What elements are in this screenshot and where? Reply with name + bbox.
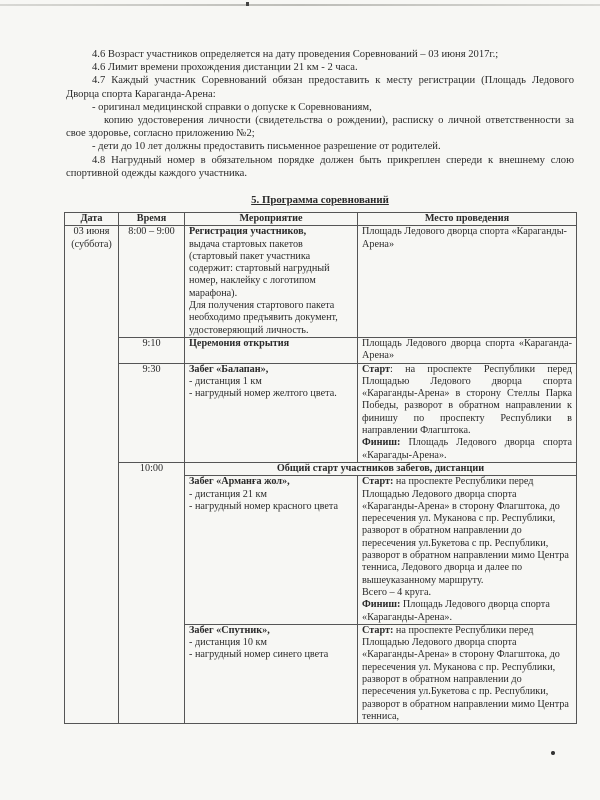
start-route: : на проспекте Республики перед Площадью… [362, 364, 572, 436]
event-cell: Забег «Спутник», - дистанция 10 км - наг… [185, 624, 358, 723]
time-cell: 8:00 – 9:00 [119, 226, 185, 338]
event-cell: Забег «Балапан», - дистанция 1 км - нагр… [185, 363, 358, 462]
event-cell: Забег «Арманға жол», - дистанция 21 км -… [185, 476, 358, 625]
place-cell: Площадь Ледового дворца спорта «Караганд… [358, 226, 577, 338]
paragraph-4-7-item-3: - дети до 10 лет должны предоставить пис… [66, 140, 574, 153]
date-day: 03 июня [69, 226, 114, 238]
table-row: 9:30 Забег «Балапан», - дистанция 1 км -… [65, 363, 577, 462]
event-title: Забег «Балапан», [189, 364, 353, 376]
time-cell: 10:00 [119, 462, 185, 723]
place-cell: Старт: на проспекте Республики перед Пло… [358, 624, 577, 723]
paragraph-4-7-item-2: копию удостоверения личности (свидетельс… [66, 114, 574, 140]
time-cell: 9:10 [119, 337, 185, 363]
paragraph-4-8: 4.8 Нагрудный номер в обязательном поряд… [66, 154, 574, 180]
time-cell: 9:30 [119, 363, 185, 462]
start-route: на проспекте Республики перед Площадью Л… [362, 476, 569, 585]
event-distance: - дистанция 10 км [189, 637, 353, 649]
table-row: 03 июня (суббота) 8:00 – 9:00 Регистраци… [65, 226, 577, 338]
header-date: Дата [65, 213, 119, 226]
event-cell: Регистрация участников, выдача стартовых… [185, 226, 358, 338]
finish-label: Финиш: [362, 437, 400, 448]
start-label: Старт [362, 364, 390, 375]
event-distance: - дистанция 21 км [189, 489, 353, 501]
finish-label: Финиш: [362, 599, 400, 610]
event-title: Забег «Арманға жол», [189, 476, 353, 488]
place-cell: Площадь Ледового дворца спорта «Караганд… [358, 337, 577, 363]
event-distance: - дистанция 1 км [189, 376, 353, 388]
paragraph-4-6-age: 4.6 Возраст участников определяется на д… [66, 48, 574, 61]
event-bib-color: - нагрудный номер синего цвета [189, 649, 353, 661]
place-cell: Старт: на проспекте Республики перед Пло… [358, 476, 577, 625]
header-place: Место проведения [358, 213, 577, 226]
event-bib-color: - нагрудный номер желтого цвета. [189, 388, 353, 400]
event-title: Забег «Спутник», [189, 625, 353, 637]
document-body: 4.6 Возраст участников определяется на д… [66, 48, 574, 208]
scan-edge [0, 4, 600, 6]
date-cell: 03 июня (суббота) [65, 226, 119, 724]
table-row: 9:10 Церемония открытия Площадь Ледового… [65, 337, 577, 363]
event-text-2: Для получения стартового пакета необходи… [189, 300, 353, 337]
paragraph-4-7: 4.7 Каждый участник Соревнований обязан … [66, 74, 574, 100]
laps: Всего – 4 круга. [362, 587, 572, 599]
event-title: Регистрация участников, [189, 226, 353, 238]
start-route: на проспекте Республики перед Площадью Л… [362, 625, 569, 722]
place-cell: Старт: на проспекте Республики перед Пло… [358, 363, 577, 462]
start-label: Старт: [362, 476, 393, 487]
scan-dot [551, 751, 555, 755]
date-weekday: (суббота) [69, 239, 114, 251]
event-text: выдача стартовых пакетов (стартовый паке… [189, 239, 353, 300]
scan-mark [246, 2, 249, 6]
paragraph-4-7-item-1: - оригинал медицинской справки о допуске… [66, 101, 574, 114]
paragraph-4-6-time-limit: 4.6 Лимит времени прохождения дистанции … [66, 61, 574, 74]
event-cell: Церемония открытия [185, 337, 358, 363]
common-start-title: Общий старт участников забегов, дистанци… [185, 462, 577, 475]
header-event: Мероприятие [185, 213, 358, 226]
event-bib-color: - нагрудный номер красного цвета [189, 501, 353, 513]
header-time: Время [119, 213, 185, 226]
start-label: Старт: [362, 625, 393, 636]
section-title: 5. Программа соревнований [66, 194, 574, 207]
table-header-row: Дата Время Мероприятие Место проведения [65, 213, 577, 226]
table-row: 10:00 Общий старт участников забегов, ди… [65, 462, 577, 475]
program-table: Дата Время Мероприятие Место проведения … [64, 212, 577, 724]
